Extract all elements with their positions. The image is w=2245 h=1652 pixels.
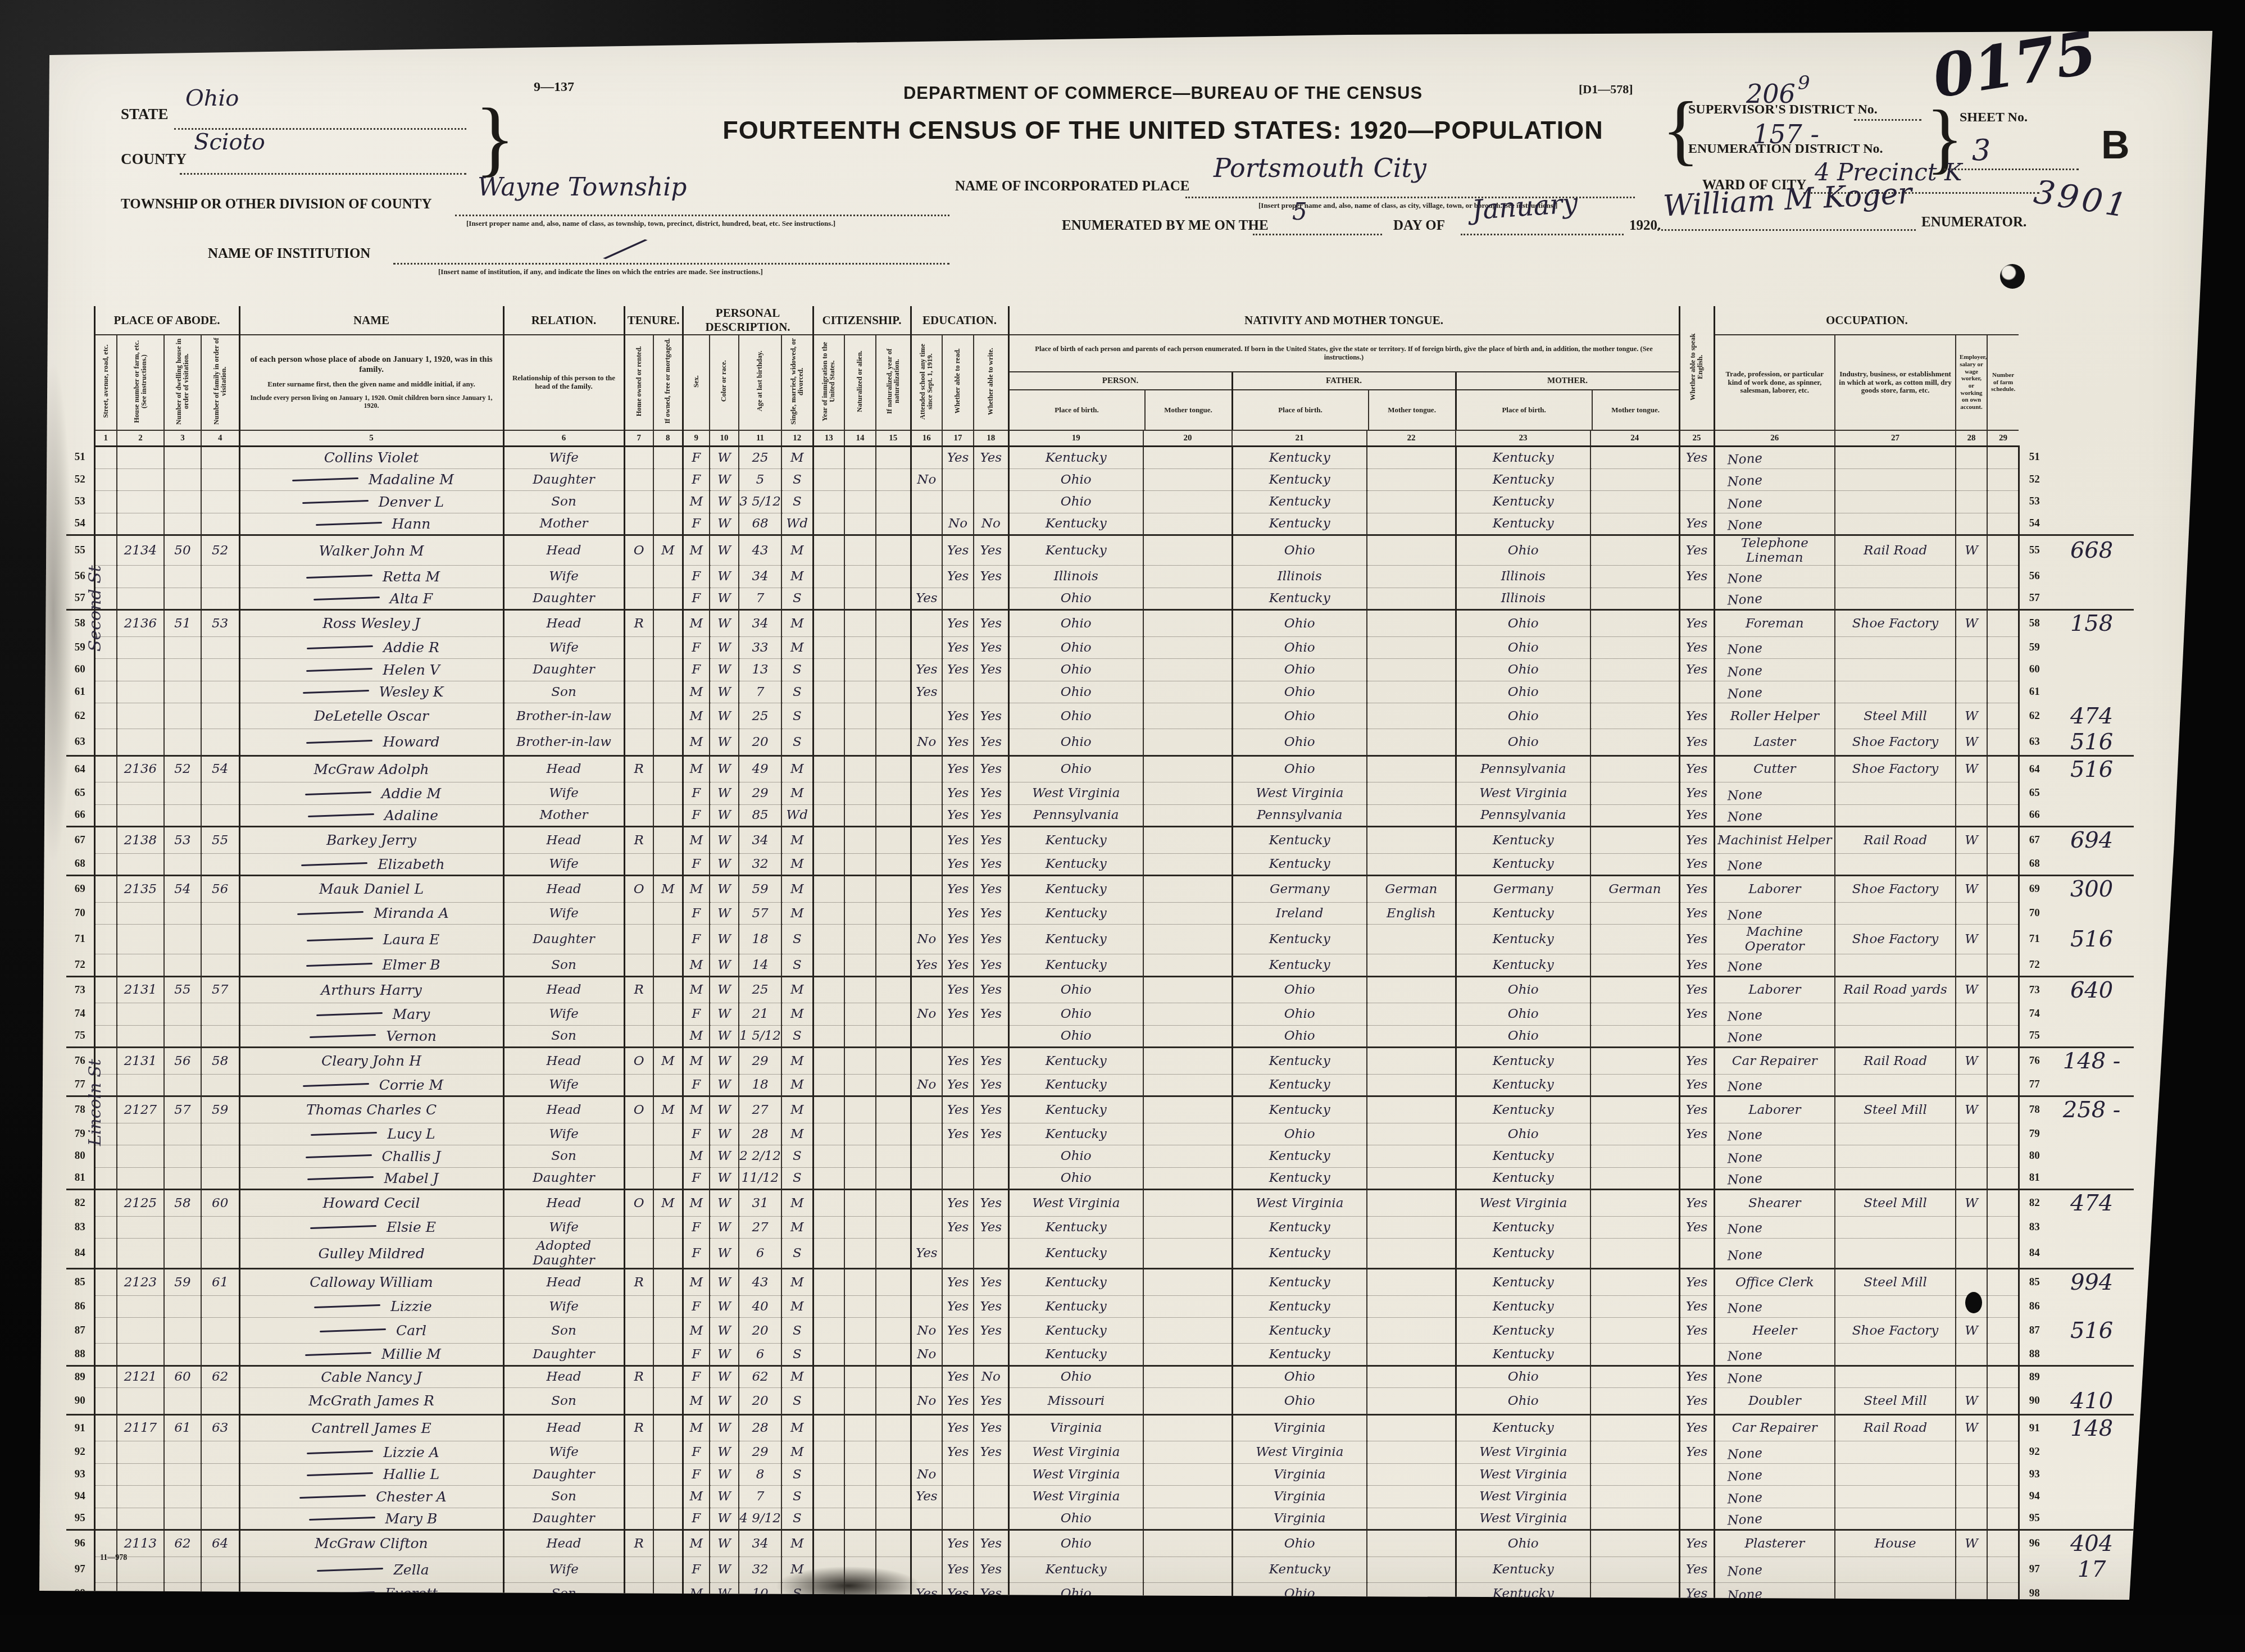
- owned-free-mortgaged: [653, 1074, 683, 1096]
- home-owned-rented: [624, 1486, 653, 1508]
- person-group: PERSON. Place of birth.Mother tongue.: [1010, 372, 1231, 430]
- naturalization-year: [876, 876, 911, 903]
- census-row: 9121176163Cantrell James EHeadRMW28MYesY…: [66, 1414, 2134, 1441]
- column-number-17: 17: [942, 430, 974, 447]
- farm-schedule: [1987, 1605, 2019, 1616]
- father-mother-tongue: [1367, 1463, 1456, 1486]
- street-cell: [94, 827, 117, 854]
- speaks-english: Yes: [1679, 1530, 1714, 1557]
- naturalization-year: [876, 513, 911, 535]
- naturalization-year: [876, 1167, 911, 1190]
- relation: Son: [503, 954, 624, 977]
- attended-school: No: [911, 1388, 942, 1415]
- speaks-english: Yes: [1679, 1074, 1714, 1096]
- age: 6: [739, 1344, 781, 1366]
- street-cell: [94, 703, 117, 729]
- person-birthplace: Ohio: [1008, 610, 1143, 637]
- speaks-english: Yes: [1679, 782, 1714, 805]
- margin-number: 994: [2049, 1269, 2134, 1296]
- father-mother-tongue: [1367, 925, 1456, 954]
- speaks-english: Yes: [1679, 703, 1714, 729]
- immigration-year: [813, 827, 844, 854]
- speaks-english: Yes: [1679, 1269, 1714, 1296]
- able-to-read: Yes: [942, 1269, 974, 1296]
- color-race: W: [710, 1216, 739, 1239]
- attended-school: [911, 1441, 942, 1464]
- marital-status: M: [781, 636, 813, 659]
- line-number-right: 69: [2019, 876, 2049, 903]
- sheet-stamp: 0175: [1928, 17, 2101, 111]
- name: Elizabeth: [239, 853, 503, 876]
- employer-class: [1956, 491, 1987, 513]
- person-birthplace: Kentucky: [1008, 535, 1143, 566]
- column-number-10: 10: [710, 430, 739, 447]
- able-to-read: Yes: [942, 876, 974, 903]
- color-race: W: [710, 1582, 739, 1605]
- sex: F: [683, 1508, 710, 1530]
- mother-birthplace: Ohio: [1456, 1025, 1590, 1048]
- attended-school: [911, 876, 942, 903]
- age: 1 5/12: [739, 1025, 781, 1048]
- census-sheet: 9—137 DEPARTMENT OF COMMERCE—BUREAU OF T…: [0, 0, 2245, 1615]
- col-dwelling-header: Number of dwelling house in order of vis…: [164, 335, 201, 430]
- house-number: [117, 447, 164, 469]
- father-birthplace: Virginia: [1232, 1463, 1367, 1486]
- marital-status: S: [781, 1463, 813, 1486]
- father-birthplace: Ohio: [1232, 1388, 1367, 1415]
- dwelling-number: [164, 703, 201, 729]
- line-number-left: 90: [66, 1388, 94, 1415]
- farm-schedule: [1987, 566, 2019, 588]
- dwelling-number: 61: [164, 1414, 201, 1441]
- margin-number: 474: [2049, 1190, 2134, 1217]
- mother-mother-tongue: [1590, 954, 1679, 977]
- person-birthplace: Virginia: [1008, 1414, 1143, 1441]
- father-mother-tongue: [1367, 1123, 1456, 1145]
- employer-class: [1956, 1003, 1987, 1026]
- mother-birthplace: Kentucky: [1456, 1074, 1590, 1096]
- father-mother-tongue: [1367, 1388, 1456, 1415]
- mother-birthplace: West Virginia: [1456, 1190, 1590, 1217]
- mother-group: MOTHER. Place of birth.Mother tongue.: [1455, 372, 1679, 430]
- immigration-year: [813, 876, 844, 903]
- father-birthplace: Kentucky: [1232, 1318, 1367, 1344]
- line-number-right: 92: [2019, 1441, 2049, 1464]
- marital-status: S: [781, 468, 813, 491]
- sex: F: [683, 1441, 710, 1464]
- color-race: W: [710, 1048, 739, 1075]
- mother-mother-tongue: [1590, 513, 1679, 535]
- state-value: Ohio: [185, 85, 239, 111]
- house-number: [117, 853, 164, 876]
- line-number-left: 82: [66, 1190, 94, 1217]
- relation: Wife: [503, 566, 624, 588]
- industry: [1835, 447, 1956, 469]
- name: Arthurs Harry: [239, 976, 503, 1003]
- margin-number: [2049, 1508, 2134, 1530]
- line-number-right: 57: [2019, 588, 2049, 610]
- house-number: 2135: [117, 876, 164, 903]
- family-number: [201, 804, 239, 827]
- sex: F: [683, 468, 710, 491]
- owned-free-mortgaged: [653, 703, 683, 729]
- immigration-year: [813, 1123, 844, 1145]
- group-header-row: PLACE OF ABODE. NAME RELATION. TENURE. P…: [66, 306, 2134, 335]
- mother-birthplace: Kentucky: [1456, 1344, 1590, 1366]
- mother-mother-tongue: [1590, 925, 1679, 954]
- age: 25: [739, 976, 781, 1003]
- speaks-english: [1679, 1239, 1714, 1269]
- age: 7: [739, 1486, 781, 1508]
- person-pob-label: Place of birth.: [1010, 390, 1144, 430]
- trade: Telephone Lineman: [1714, 535, 1835, 566]
- dwelling-number: [164, 954, 201, 977]
- house-number: [117, 588, 164, 610]
- father-mother-tongue: [1367, 827, 1456, 854]
- father-mother-tongue: [1367, 1096, 1456, 1123]
- color-race: W: [710, 756, 739, 782]
- mother-birthplace: Ohio: [1456, 1530, 1590, 1557]
- attended-school: [911, 1508, 942, 1530]
- person-mother-tongue: [1143, 1048, 1232, 1075]
- farm-schedule: [1987, 1557, 2019, 1582]
- farm-schedule: [1987, 535, 2019, 566]
- father-birthplace: Ohio: [1232, 976, 1367, 1003]
- department-line: DEPARTMENT OF COMMERCE—BUREAU OF THE CEN…: [798, 83, 1528, 103]
- relation: Son: [503, 1318, 624, 1344]
- owned-free-mortgaged: [653, 1557, 683, 1582]
- mother-mother-tongue: [1590, 1145, 1679, 1168]
- relation: Head: [503, 756, 624, 782]
- employer-class: [1956, 1216, 1987, 1239]
- marital-status: M: [781, 976, 813, 1003]
- attended-school: No: [911, 1344, 942, 1366]
- street-cell: [94, 1441, 117, 1464]
- owned-free-mortgaged: [653, 1269, 683, 1296]
- group-education: EDUCATION.: [911, 306, 1008, 335]
- mother-mother-tongue: [1590, 1414, 1679, 1441]
- naturalization-year: [876, 853, 911, 876]
- owned-free-mortgaged: [653, 681, 683, 703]
- attended-school: [911, 1145, 942, 1168]
- person-mother-tongue: [1143, 1441, 1232, 1464]
- color-race: W: [710, 1239, 739, 1269]
- attended-school: [911, 976, 942, 1003]
- naturalization-year: [876, 1269, 911, 1296]
- industry: [1835, 1441, 1956, 1464]
- name: McGraw Clifton: [239, 1530, 503, 1557]
- house-number: [117, 681, 164, 703]
- father-mother-tongue: [1367, 804, 1456, 827]
- relation: Daughter: [503, 925, 624, 954]
- person-mother-tongue: [1143, 782, 1232, 805]
- able-to-write: Yes: [974, 1557, 1008, 1582]
- home-owned-rented: O: [624, 1190, 653, 1217]
- immigration-year: [813, 1388, 844, 1415]
- sex: F: [683, 1074, 710, 1096]
- immigration-year: [813, 1167, 844, 1190]
- industry: [1835, 513, 1956, 535]
- sex: F: [683, 804, 710, 827]
- sex: F: [683, 447, 710, 469]
- industry: [1835, 468, 1956, 491]
- farm-schedule: [1987, 925, 2019, 954]
- person-birthplace: Ohio: [1008, 729, 1143, 756]
- marital-status: M: [781, 566, 813, 588]
- immigration-year: [813, 468, 844, 491]
- mother-birthplace: Kentucky: [1456, 827, 1590, 854]
- color-race: W: [710, 804, 739, 827]
- family-number: 60: [201, 1190, 239, 1217]
- father-mother-tongue: [1367, 636, 1456, 659]
- mother-birthplace: Kentucky: [1456, 954, 1590, 977]
- line-number-right: 75: [2019, 1025, 2049, 1048]
- father-mother-tongue: [1367, 610, 1456, 637]
- relation: Head: [503, 976, 624, 1003]
- employer-class: [1956, 1366, 1987, 1388]
- mother-mother-tongue: [1590, 1167, 1679, 1190]
- margin-number: 516: [2049, 756, 2134, 782]
- family-number: [201, 853, 239, 876]
- name: Thomas Charles C: [239, 1096, 503, 1123]
- immigration-year: [813, 1463, 844, 1486]
- mother-birthplace: Ohio: [1456, 681, 1590, 703]
- able-to-read: Yes: [942, 976, 974, 1003]
- speaks-english: Yes: [1679, 1216, 1714, 1239]
- house-number: [117, 1123, 164, 1145]
- color-race: W: [710, 681, 739, 703]
- employer-class: [1956, 1486, 1987, 1508]
- mother-mother-tongue: [1590, 588, 1679, 610]
- color-race: W: [710, 1605, 739, 1616]
- dwelling-number: [164, 1318, 201, 1344]
- dwelling-number: [164, 659, 201, 681]
- employer-class: [1956, 954, 1987, 977]
- able-to-write: [974, 1239, 1008, 1269]
- naturalization-year: [876, 804, 911, 827]
- relation: Daughter: [503, 1167, 624, 1190]
- line-number-left: 92: [66, 1441, 94, 1464]
- relation: Head: [503, 535, 624, 566]
- attended-school: [911, 827, 942, 854]
- marital-status: M: [781, 1123, 813, 1145]
- employer-class: [1956, 1508, 1987, 1530]
- farm-schedule: [1987, 902, 2019, 925]
- sex: M: [683, 729, 710, 756]
- father-mother-tongue: [1367, 588, 1456, 610]
- mother-mother-tongue: [1590, 1216, 1679, 1239]
- father-mother-tongue: [1367, 1366, 1456, 1388]
- farm-schedule: [1987, 1123, 2019, 1145]
- father-birthplace: Kentucky: [1232, 1269, 1367, 1296]
- name: Wesley K: [239, 681, 503, 703]
- line-number-right: 73: [2019, 976, 2049, 1003]
- sex: M: [683, 1582, 710, 1605]
- person-mother-tongue: [1143, 447, 1232, 469]
- immigration-year: [813, 447, 844, 469]
- census-row: 60Helen VDaughterFW13SYesYesYesOhioOhioO…: [66, 659, 2134, 681]
- sex: M: [683, 491, 710, 513]
- attended-school: No: [911, 1074, 942, 1096]
- name: Retta M: [239, 566, 503, 588]
- industry: [1835, 804, 1956, 827]
- line-number-right: 64: [2019, 756, 2049, 782]
- father-group: FATHER. Place of birth.Mother tongue.: [1231, 372, 1455, 430]
- census-row: 66AdalineMotherFW85WdYesYesPennsylvaniaP…: [66, 804, 2134, 827]
- owned-free-mortgaged: [653, 1530, 683, 1557]
- sex: F: [683, 566, 710, 588]
- father-mother-tongue: [1367, 1145, 1456, 1168]
- relation: Wife: [503, 636, 624, 659]
- industry: [1835, 1123, 1956, 1145]
- naturalization-year: [876, 1414, 911, 1441]
- col-family-header: Number of family in order of visitation.: [201, 335, 239, 430]
- margin-number: [2049, 902, 2134, 925]
- able-to-read: [942, 1025, 974, 1048]
- name: Corrie M: [239, 1074, 503, 1096]
- owned-free-mortgaged: [653, 1003, 683, 1026]
- naturalized: [844, 588, 876, 610]
- immigration-year: [813, 566, 844, 588]
- line-number-left: 94: [66, 1486, 94, 1508]
- naturalization-year: [876, 1530, 911, 1557]
- owned-free-mortgaged: [653, 468, 683, 491]
- naturalized: [844, 1003, 876, 1026]
- color-race: W: [710, 1145, 739, 1168]
- home-owned-rented: [624, 566, 653, 588]
- marital-status: M: [781, 1216, 813, 1239]
- census-row: 79Lucy LWifeFW28MYesYesKentuckyOhioOhioY…: [66, 1123, 2134, 1145]
- attended-school: [911, 1530, 942, 1557]
- margin-number: [2049, 1123, 2134, 1145]
- age: 25: [739, 447, 781, 469]
- age: 6: [739, 1239, 781, 1269]
- county-value: Scioto: [194, 129, 265, 155]
- immigration-year: [813, 1414, 844, 1441]
- margin-number: [2049, 513, 2134, 535]
- mother-birthplace: Kentucky: [1456, 1167, 1590, 1190]
- home-owned-rented: R: [624, 610, 653, 637]
- person-birthplace: Ohio: [1008, 1025, 1143, 1048]
- line-number-right: 95: [2019, 1508, 2049, 1530]
- relation: Wife: [503, 1216, 624, 1239]
- able-to-write: [974, 1344, 1008, 1366]
- column-number-29: 29: [1987, 430, 2019, 447]
- naturalized: [844, 703, 876, 729]
- name: Denver L: [239, 491, 503, 513]
- dwelling-number: 52: [164, 756, 201, 782]
- col-marital-header: Single, married, widowed, or divorced.: [781, 335, 813, 430]
- immigration-year: [813, 1605, 844, 1616]
- street-cell: [94, 513, 117, 535]
- line-number-right: 85: [2019, 1269, 2049, 1296]
- census-row: 8221255860Howard CecilHeadOMMW31MYesYesW…: [66, 1190, 2134, 1217]
- industry: [1835, 1508, 1956, 1530]
- person-mother-tongue: [1143, 1318, 1232, 1344]
- enumerated-day: 5: [1292, 198, 1307, 225]
- father-birthplace: Ohio: [1232, 703, 1367, 729]
- dwelling-number: [164, 925, 201, 954]
- owned-free-mortgaged: [653, 610, 683, 637]
- trade: None: [1714, 850, 1835, 879]
- dwelling-number: [164, 491, 201, 513]
- mother-birthplace: West Virginia: [1456, 1463, 1590, 1486]
- census-row: 80Challis JSonMW2 2/12SOhioKentuckyKentu…: [66, 1145, 2134, 1168]
- person-birthplace: Kentucky: [1008, 447, 1143, 469]
- census-row: 6421365254McGraw AdolphHeadRMW49MYesYesO…: [66, 756, 2134, 782]
- owned-free-mortgaged: [653, 902, 683, 925]
- relation: Son: [503, 1582, 624, 1605]
- line-number-left: 88: [66, 1344, 94, 1366]
- person-birthplace: Kentucky: [1008, 513, 1143, 535]
- column-number-22: 22: [1367, 430, 1456, 447]
- house-number: 2121: [117, 1366, 164, 1388]
- industry: [1835, 1463, 1956, 1486]
- dwelling-number: [164, 447, 201, 469]
- naturalized: [844, 1463, 876, 1486]
- home-owned-rented: [624, 1003, 653, 1026]
- relation: Mother: [503, 513, 624, 535]
- mother-birthplace: Ohio: [1456, 535, 1590, 566]
- owned-free-mortgaged: [653, 756, 683, 782]
- street-cell: [94, 1486, 117, 1508]
- immigration-year: [813, 588, 844, 610]
- employer-class: [1956, 782, 1987, 805]
- group-tenure: TENURE.: [624, 306, 683, 335]
- owned-free-mortgaged: [653, 1605, 683, 1616]
- color-race: W: [710, 876, 739, 903]
- speaks-english: Yes: [1679, 1318, 1714, 1344]
- margin-number: 474: [2049, 703, 2134, 729]
- naturalized: [844, 566, 876, 588]
- person-birthplace: Ohio: [1008, 659, 1143, 681]
- able-to-write: Yes: [974, 703, 1008, 729]
- house-number: [117, 1074, 164, 1096]
- able-to-write: Yes: [974, 756, 1008, 782]
- able-to-write: Yes: [974, 827, 1008, 854]
- naturalization-year: [876, 729, 911, 756]
- trade: None: [1714, 899, 1835, 927]
- margin-number: [2049, 1216, 2134, 1239]
- family-number: [201, 468, 239, 491]
- census-row: 5821365153Ross Wesley JHeadRMW34MYesYesO…: [66, 610, 2134, 637]
- census-row: 8921216062Cable Nancy JHeadRFW62MYesNoOh…: [66, 1366, 2134, 1388]
- able-to-write: Yes: [974, 659, 1008, 681]
- place-note: [Insert proper name and, also, name of c…: [1258, 201, 1663, 210]
- street-cell: [94, 491, 117, 513]
- speaks-english: Yes: [1679, 513, 1714, 535]
- father-mother-tongue: [1367, 1441, 1456, 1464]
- dwelling-number: [164, 1557, 201, 1582]
- age: 49: [739, 756, 781, 782]
- industry: Shoe Factory: [1835, 925, 1956, 954]
- census-row: 74MaryWifeFW21MNoYesYesOhioOhioOhioYesNo…: [66, 1003, 2134, 1026]
- dwelling-number: [164, 1239, 201, 1269]
- line-number-right: 76: [2019, 1048, 2049, 1075]
- naturalization-year: [876, 1074, 911, 1096]
- immigration-year: [813, 703, 844, 729]
- line-number-left: 70: [66, 902, 94, 925]
- farm-schedule: [1987, 1582, 2019, 1605]
- father-birthplace: Ireland: [1232, 902, 1367, 925]
- color-race: W: [710, 1318, 739, 1344]
- father-birthplace: Kentucky: [1232, 1096, 1367, 1123]
- name: Hann: [239, 513, 503, 535]
- speaks-english: [1679, 588, 1714, 610]
- line-number-left: 83: [66, 1216, 94, 1239]
- trade: None: [1714, 1601, 1835, 1615]
- edge-shadow: [34, 359, 73, 865]
